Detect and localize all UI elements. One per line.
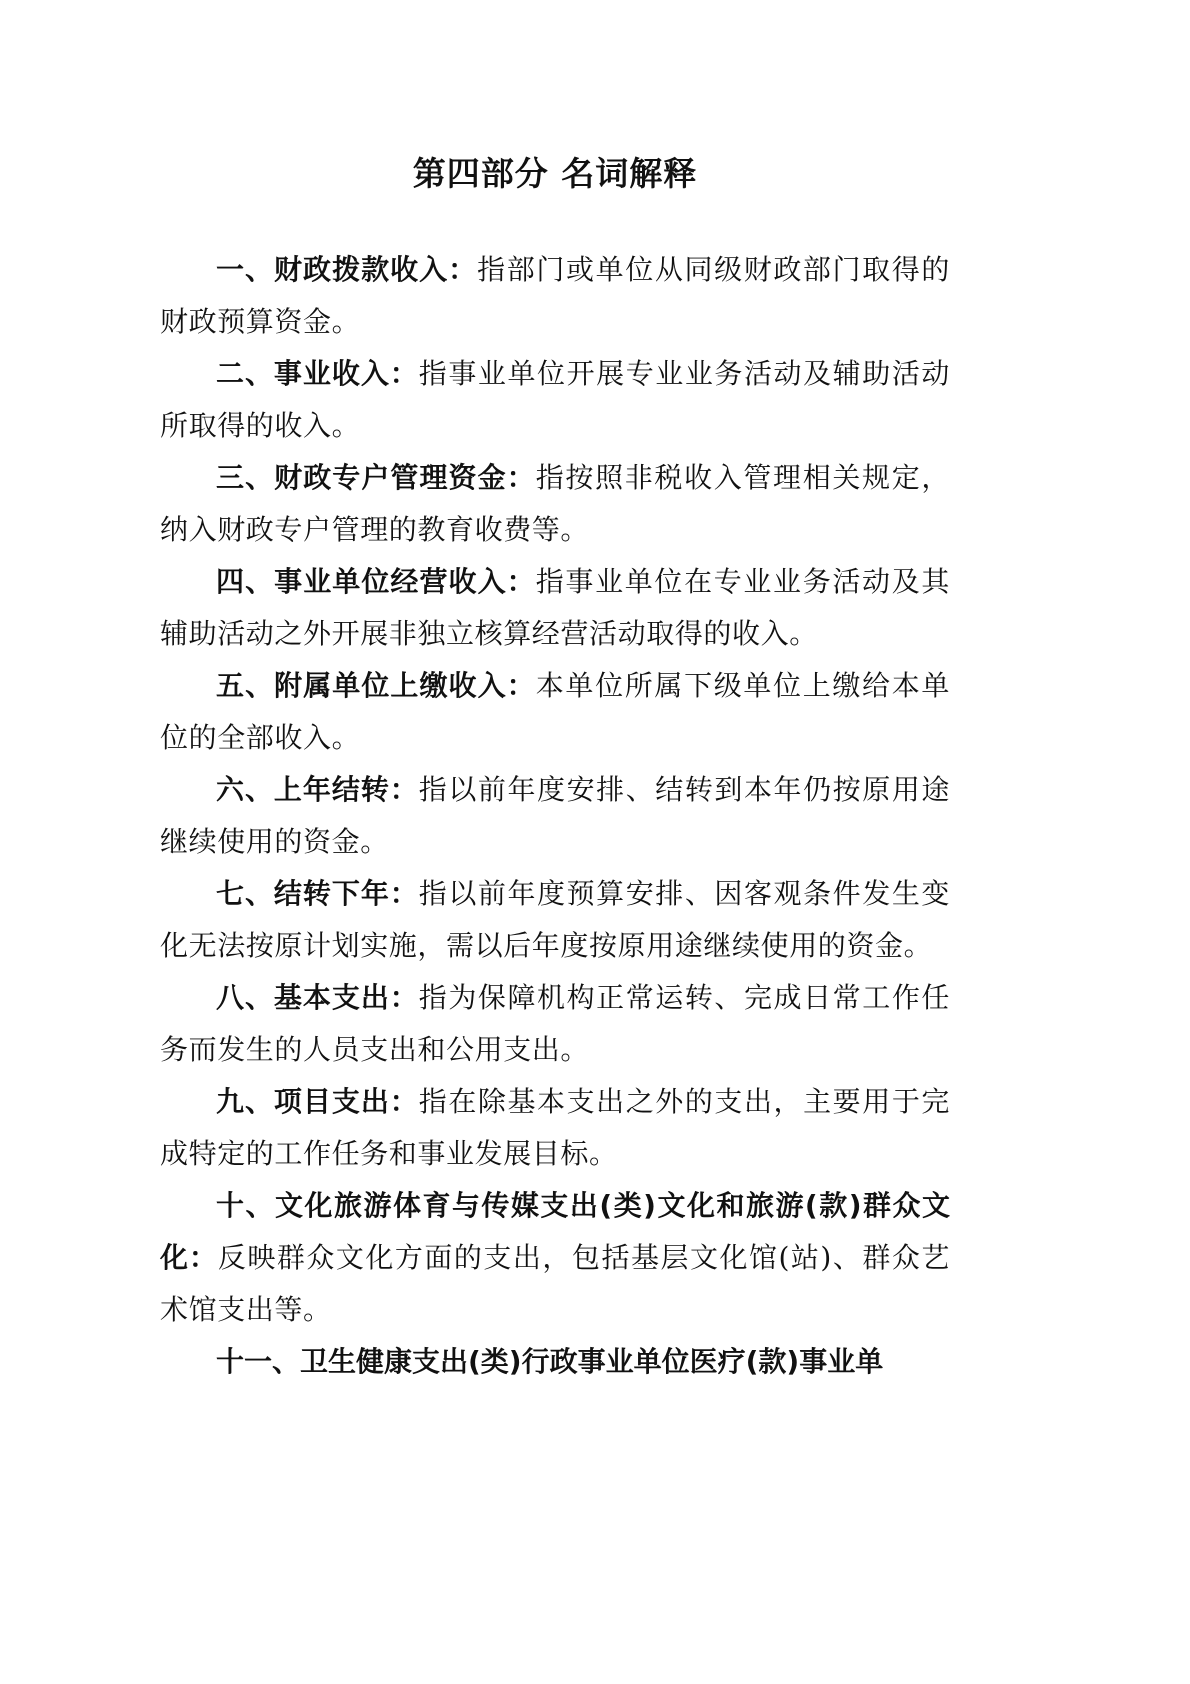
entry-term: 四、事业单位经营收入：: [216, 565, 536, 598]
glossary-entry: 一、财政拨款收入：指部门或单位从同级财政部门取得的财政预算资金。: [160, 244, 950, 348]
glossary-entry: 九、项目支出：指在除基本支出之外的支出，主要用于完成特定的工作任务和事业发展目标…: [160, 1076, 950, 1180]
entry-term: 三、财政专户管理资金：: [216, 461, 536, 494]
glossary-entry: 二、事业收入：指事业单位开展专业业务活动及辅助活动所取得的收入。: [160, 348, 950, 452]
glossary-entry: 六、上年结转：指以前年度安排、结转到本年仍按原用途继续使用的资金。: [160, 764, 950, 868]
glossary-list: 一、财政拨款收入：指部门或单位从同级财政部门取得的财政预算资金。 二、事业收入：…: [160, 244, 950, 1388]
glossary-entry: 三、财政专户管理资金：指按照非税收入管理相关规定，纳入财政专户管理的教育收费等。: [160, 452, 950, 556]
glossary-entry: 四、事业单位经营收入：指事业单位在专业业务活动及其辅助活动之外开展非独立核算经营…: [160, 556, 950, 660]
entry-term: 九、项目支出：: [216, 1085, 419, 1118]
glossary-entry: 八、基本支出：指为保障机构正常运转、完成日常工作任务而发生的人员支出和公用支出。: [160, 972, 950, 1076]
entry-term: 七、结转下年：: [216, 877, 419, 910]
glossary-entry: 十、文化旅游体育与传媒支出(类)文化和旅游(款)群众文化：反映群众文化方面的支出…: [160, 1180, 950, 1336]
glossary-entry: 五、附属单位上缴收入：本单位所属下级单位上缴给本单位的全部收入。: [160, 660, 950, 764]
glossary-entry: 十一、卫生健康支出(类)行政事业单位医疗(款)事业单: [160, 1336, 950, 1388]
entry-term: 八、基本支出：: [216, 981, 419, 1014]
glossary-entry: 七、结转下年：指以前年度预算安排、因客观条件发生变化无法按原计划实施，需以后年度…: [160, 868, 950, 972]
entry-term: 六、上年结转：: [216, 773, 419, 806]
entry-term: 五、附属单位上缴收入：: [216, 669, 536, 702]
entry-term: 二、事业收入：: [216, 357, 419, 390]
entry-term: 十一、卫生健康支出(类)行政事业单位医疗(款)事业单: [216, 1345, 883, 1378]
entry-definition: 反映群众文化方面的支出，包括基层文化馆(站)、群众艺术馆支出等。: [160, 1241, 950, 1326]
page-title: 第四部分 名词解释: [160, 152, 950, 196]
entry-term: 一、财政拨款收入：: [216, 253, 477, 286]
